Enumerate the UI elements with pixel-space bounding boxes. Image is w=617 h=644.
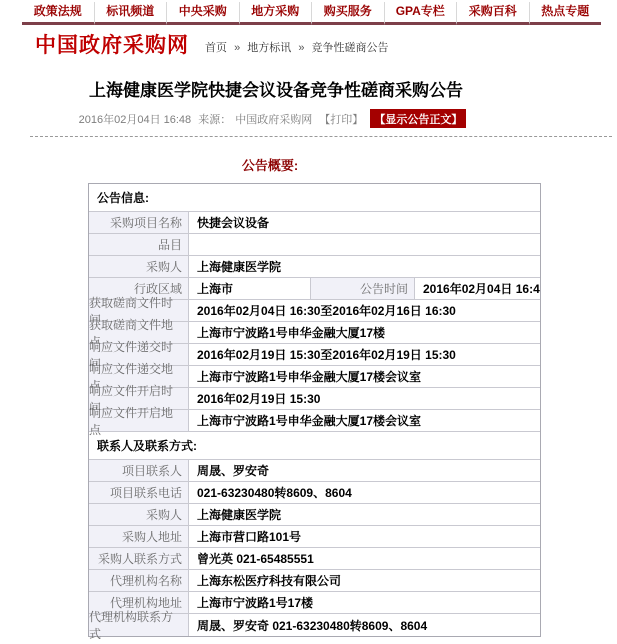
nav-item-7[interactable]: 采购百科 xyxy=(457,2,530,25)
table-row: 采购项目名称快捷会议设备 xyxy=(89,212,540,234)
row-value-2: 2016年02月04日 16:48 xyxy=(415,278,540,299)
site-header: 中国政府采购网 首页 » 地方标讯 » 竞争性磋商公告 xyxy=(35,34,389,58)
breadcrumb-local-bids[interactable]: 地方标讯 xyxy=(247,42,291,54)
row-label: 项目联系电话 xyxy=(89,482,189,503)
table-row: 采购人地址上海市营口路101号 xyxy=(89,526,540,548)
table-row: 项目联系人周晟、罗安奇 xyxy=(89,460,540,482)
nav-item-6[interactable]: GPA专栏 xyxy=(385,2,458,25)
table-row: 采购人上海健康医学院 xyxy=(89,504,540,526)
nav-item-1[interactable]: 政策法规 xyxy=(22,2,95,25)
row-value: 上海市宁波路1号17楼 xyxy=(189,592,540,613)
table-row: 代理机构联系方式周晟、罗安奇 021-63230480转8609、8604 xyxy=(89,614,540,636)
row-label: 采购项目名称 xyxy=(89,212,189,233)
nav-item-4[interactable]: 地方采购 xyxy=(240,2,313,25)
summary-heading: 公告概要: xyxy=(0,155,540,174)
nav-item-2[interactable]: 标讯频道 xyxy=(95,2,168,25)
dashed-divider xyxy=(30,136,612,137)
row-value: 周晟、罗安奇 xyxy=(189,460,540,481)
table-row: 采购人联系方式曾光英 021-65485551 xyxy=(89,548,540,570)
row-label: 代理机构联系方式 xyxy=(89,614,189,636)
table-row: 采购人上海健康医学院 xyxy=(89,256,540,278)
top-nav: 政策法规标讯频道中央采购地方采购购买服务GPA专栏采购百科热点专题 xyxy=(22,2,601,25)
row-value: 上海市宁波路1号申华金融大厦17楼 xyxy=(189,322,540,343)
row-value: 上海市营口路101号 xyxy=(189,526,540,547)
nav-item-8[interactable]: 热点专题 xyxy=(530,2,602,25)
row-value: 周晟、罗安奇 021-63230480转8609、8604 xyxy=(189,614,540,636)
summary-table: 公告信息:采购项目名称快捷会议设备品目采购人上海健康医学院行政区域上海市公告时间… xyxy=(88,183,541,637)
row-value xyxy=(189,234,540,255)
article-meta: 2016年02月04日 16:48 来源：中国政府采购网 【打印】 【显示公告正… xyxy=(0,109,545,128)
row-label: 采购人 xyxy=(89,504,189,525)
nav-item-3[interactable]: 中央采购 xyxy=(167,2,240,25)
nav-item-5[interactable]: 购买服务 xyxy=(312,2,385,25)
row-value: 上海健康医学院 xyxy=(189,256,540,277)
publish-datetime: 2016年02月04日 16:48 xyxy=(79,114,192,126)
table-row: 响应文件开启地点上海市宁波路1号申华金融大厦17楼会议室 xyxy=(89,410,540,432)
row-value: 2016年02月19日 15:30至2016年02月19日 15:30 xyxy=(189,344,540,365)
source-name: 中国政府采购网 xyxy=(235,114,312,126)
row-label: 代理机构名称 xyxy=(89,570,189,591)
row-label: 响应文件开启地点 xyxy=(89,410,189,431)
breadcrumb: 首页 » 地方标讯 » 竞争性磋商公告 xyxy=(205,39,389,58)
row-label: 采购人地址 xyxy=(89,526,189,547)
row-label: 品目 xyxy=(89,234,189,255)
row-value: 021-63230480转8609、8604 xyxy=(189,482,540,503)
row-label: 采购人 xyxy=(89,256,189,277)
row-value: 2016年02月19日 15:30 xyxy=(189,388,540,409)
row-value: 上海市 xyxy=(189,278,311,299)
print-button[interactable]: 【打印】 xyxy=(319,114,363,126)
row-value: 上海健康医学院 xyxy=(189,504,540,525)
row-label-2: 公告时间 xyxy=(311,278,415,299)
table-section-header: 公告信息: xyxy=(89,184,540,212)
breadcrumb-separator: » xyxy=(298,42,304,54)
row-value: 上海市宁波路1号申华金融大厦17楼会议室 xyxy=(189,410,540,431)
source-label: 来源： xyxy=(198,114,231,126)
row-value: 上海市宁波路1号申华金融大厦17楼会议室 xyxy=(189,366,540,387)
row-value: 2016年02月04日 16:30至2016年02月16日 16:30 xyxy=(189,300,540,321)
row-value: 快捷会议设备 xyxy=(189,212,540,233)
table-row: 项目联系电话021-63230480转8609、8604 xyxy=(89,482,540,504)
show-original-button[interactable]: 【显示公告正文】 xyxy=(370,109,466,128)
row-value: 上海东松医疗科技有限公司 xyxy=(189,570,540,591)
page-title: 上海健康医学院快捷会议设备竞争性磋商采购公告 xyxy=(0,76,552,101)
row-value: 曾光英 021-65485551 xyxy=(189,548,540,569)
breadcrumb-home[interactable]: 首页 xyxy=(205,42,227,54)
breadcrumb-separator: » xyxy=(234,42,240,54)
row-label: 采购人联系方式 xyxy=(89,548,189,569)
table-row: 代理机构名称上海东松医疗科技有限公司 xyxy=(89,570,540,592)
table-row: 品目 xyxy=(89,234,540,256)
site-logo[interactable]: 中国政府采购网 xyxy=(35,34,189,58)
row-label: 项目联系人 xyxy=(89,460,189,481)
table-section-header: 联系人及联系方式: xyxy=(89,432,540,460)
breadcrumb-current: 竞争性磋商公告 xyxy=(312,42,389,54)
